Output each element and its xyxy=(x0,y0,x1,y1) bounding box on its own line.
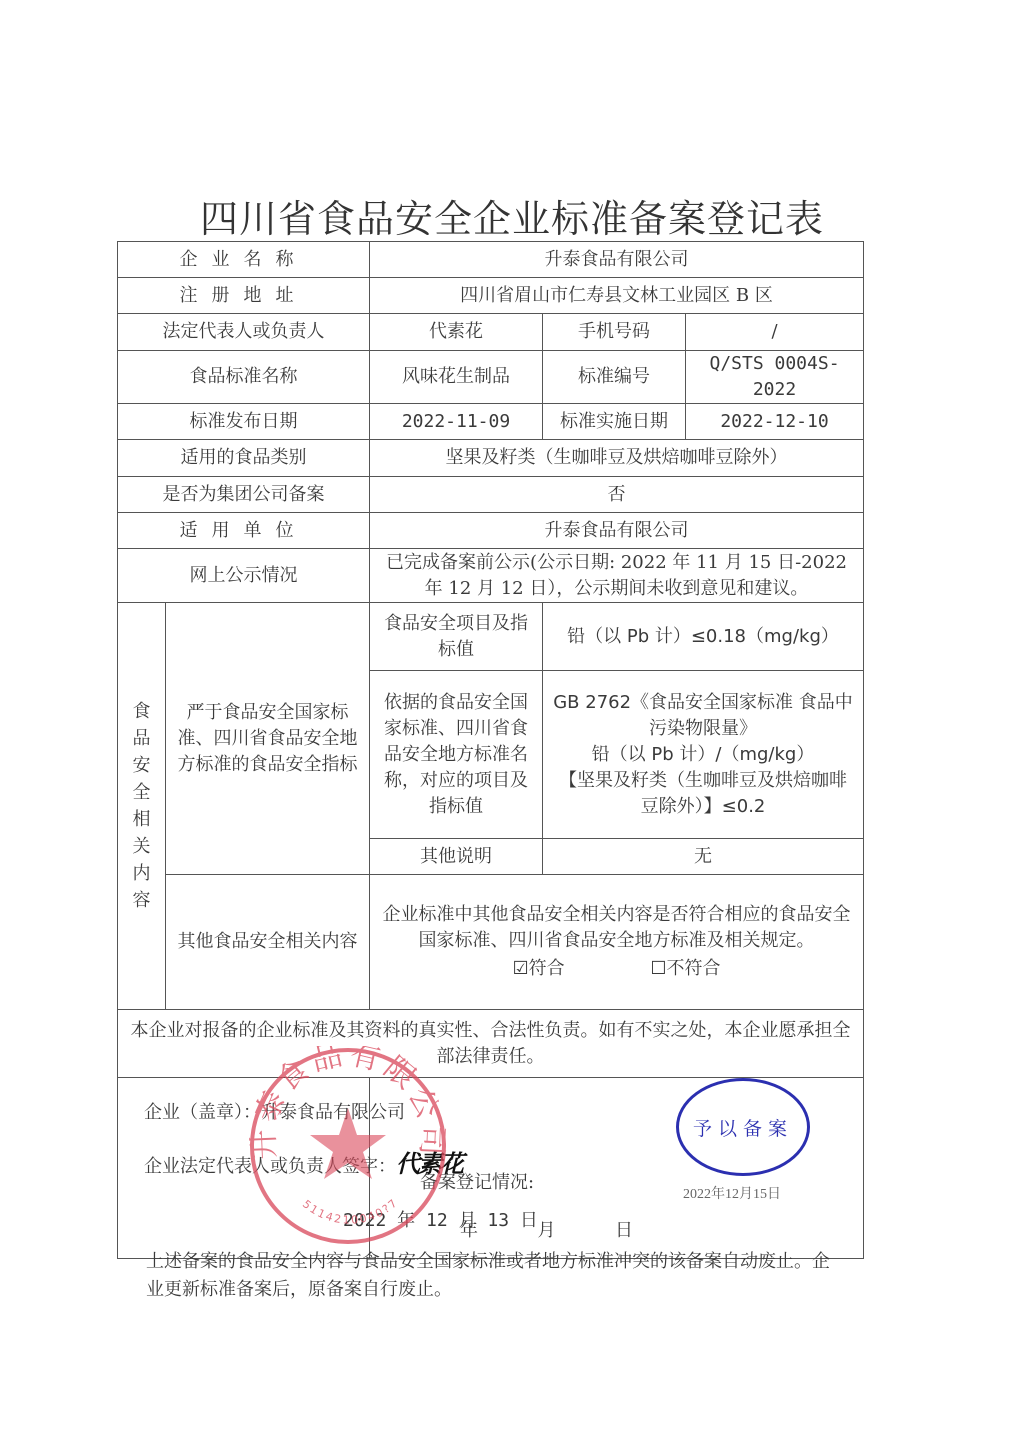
legal-rep-label: 法定代表人或负责人 xyxy=(118,314,370,351)
compliant-checkbox[interactable]: ☑符合 xyxy=(513,956,565,982)
row-online-notice: 网上公示情况 已完成备案前公示(公示日期: 2022 年 11 月 15 日-2… xyxy=(118,549,864,603)
basis-line1: GB 2762《食品安全国家标准 食品中污染物限量》 xyxy=(551,690,855,742)
row-standard-name: 食品标准名称 风味花生制品 标准编号 Q/STS 0004S-2022 xyxy=(118,351,864,404)
online-notice-value: 已完成备案前公示(公示日期: 2022 年 11 月 15 日-2022 年 1… xyxy=(370,549,864,603)
basis-value: GB 2762《食品安全国家标准 食品中污染物限量》 铅（以 Pb 计）/（mg… xyxy=(543,671,864,839)
noncompliant-checkbox[interactable]: ☐不符合 xyxy=(650,956,720,982)
release-date-label: 标准发布日期 xyxy=(118,404,370,440)
row-group-filing: 是否为集团公司备案 否 xyxy=(118,477,864,513)
other-safety-text: 企业标准中其他食品安全相关内容是否符合相应的食品安全国家标准、四川省食品安全地方… xyxy=(378,902,855,954)
address-value: 四川省眉山市仁寿县文林工业园区 B 区 xyxy=(370,278,864,314)
group-filing-label: 是否为集团公司备案 xyxy=(118,477,370,513)
company-seal-label: 企业（盖章）： xyxy=(144,1102,261,1123)
legal-rep-value: 代素花 xyxy=(370,314,543,351)
other-safety-value: 企业标准中其他食品安全相关内容是否符合相应的食品安全国家标准、四川省食品安全地方… xyxy=(370,875,864,1010)
other-safety-label: 其他食品安全相关内容 xyxy=(166,875,370,1010)
page-title: 四川省食品安全企业标准备案登记表 xyxy=(0,188,1024,243)
food-safety-section-label: 食品安全相关内容 xyxy=(118,603,166,1010)
food-safety-section-text: 食品安全相关内容 xyxy=(132,698,152,914)
company-name-label: 企业名称 xyxy=(118,242,370,278)
standard-number-label: 标准编号 xyxy=(543,351,686,404)
group-filing-value: 否 xyxy=(370,477,864,513)
online-notice-line1: 已完成备案前公示(公示日期: 2022 年 11 月 15 日-2022 xyxy=(378,550,855,576)
release-date-value: 2022-11-09 xyxy=(370,404,543,440)
row-legal-rep: 法定代表人或负责人 代素花 手机号码 / xyxy=(118,314,864,351)
row-address: 注册地址 四川省眉山市仁寿县文林工业园区 B 区 xyxy=(118,278,864,314)
row-category: 适用的食品类别 坚果及籽类（生咖啡豆及烘焙咖啡豆除外） xyxy=(118,440,864,477)
online-notice-line2: 年 12 月 12 日），公示期间未收到意见和建议。 xyxy=(378,576,855,602)
impl-date-value: 2022-12-10 xyxy=(686,404,864,440)
basis-label: 依据的食品安全国家标准、四川省食品安全地方标准名称，对应的项目及指标值 xyxy=(370,671,543,839)
approval-date: 2022年12月15日 xyxy=(683,1183,781,1203)
day-placeholder: 日 xyxy=(615,1220,633,1241)
approval-stamp: 予以备案 xyxy=(676,1078,810,1176)
category-label: 适用的食品类别 xyxy=(118,440,370,477)
basis-line3: 【坚果及籽类（生咖啡豆及烘焙咖啡豆除外）】≤0.2 xyxy=(551,768,855,820)
company-name-value: 升泰食品有限公司 xyxy=(370,242,864,278)
footer-note: 上述备案的食品安全内容与食品安全国家标准或者地方标准冲突的该备案自动废止。企业更… xyxy=(146,1248,846,1304)
applicable-unit-value: 升泰食品有限公司 xyxy=(370,513,864,549)
basis-line2: 铅（以 Pb 计）/（mg/kg） xyxy=(551,742,855,768)
stricter-indicators-label: 严于食品安全国家标准、四川省食品安全地方标准的食品安全指标 xyxy=(166,603,370,875)
signer-label: 企业法定代表人或负责人签字： xyxy=(144,1156,396,1177)
month-placeholder: 月 xyxy=(537,1220,555,1241)
standard-name-value: 风味花生制品 xyxy=(370,351,543,404)
other-notes-label: 其他说明 xyxy=(370,839,543,875)
row-other-safety-content: 其他食品安全相关内容 企业标准中其他食品安全相关内容是否符合相应的食品安全国家标… xyxy=(118,875,864,1010)
phone-value: / xyxy=(686,314,864,351)
standard-number-value: Q/STS 0004S-2022 xyxy=(686,351,864,404)
company-seal-line: 企业（盖章）：升泰食品有限公司 xyxy=(144,1100,405,1126)
online-notice-label: 网上公示情况 xyxy=(118,549,370,603)
phone-label: 手机号码 xyxy=(543,314,686,351)
impl-date-label: 标准实施日期 xyxy=(543,404,686,440)
row-release-date: 标准发布日期 2022-11-09 标准实施日期 2022-12-10 xyxy=(118,404,864,440)
row-company-name: 企业名称 升泰食品有限公司 xyxy=(118,242,864,278)
compliance-options: ☑符合 ☐不符合 xyxy=(378,956,855,982)
category-value: 坚果及籽类（生咖啡豆及烘焙咖啡豆除外） xyxy=(370,440,864,477)
address-label: 注册地址 xyxy=(118,278,370,314)
safety-item-value: 铅（以 Pb 计）≤0.18（mg/kg） xyxy=(543,603,864,671)
other-notes-value: 无 xyxy=(543,839,864,875)
approval-stamp-text: 予以备案 xyxy=(693,1114,793,1141)
registration-date-placeholder: 年 月 日 xyxy=(460,1218,633,1244)
row-declaration: 本企业对报备的企业标准及其资料的真实性、合法性负责。如有不实之处，本企业愿承担全… xyxy=(118,1010,864,1078)
declaration-text: 本企业对报备的企业标准及其资料的真实性、合法性负责。如有不实之处，本企业愿承担全… xyxy=(118,1010,864,1078)
applicable-unit-label: 适用单位 xyxy=(118,513,370,549)
standard-name-label: 食品标准名称 xyxy=(118,351,370,404)
company-signature-cell: 企业（盖章）：升泰食品有限公司 企业法定代表人或负责人签字：代素花 2022 年… xyxy=(118,1078,370,1259)
row-applicable-unit: 适用单位 升泰食品有限公司 xyxy=(118,513,864,549)
registration-label: 备案登记情况: xyxy=(420,1170,534,1196)
row-safety-item: 食品安全相关内容 严于食品安全国家标准、四川省食品安全地方标准的食品安全指标 食… xyxy=(118,603,864,671)
year-placeholder: 年 xyxy=(460,1220,478,1241)
safety-item-label: 食品安全项目及指标值 xyxy=(370,603,543,671)
